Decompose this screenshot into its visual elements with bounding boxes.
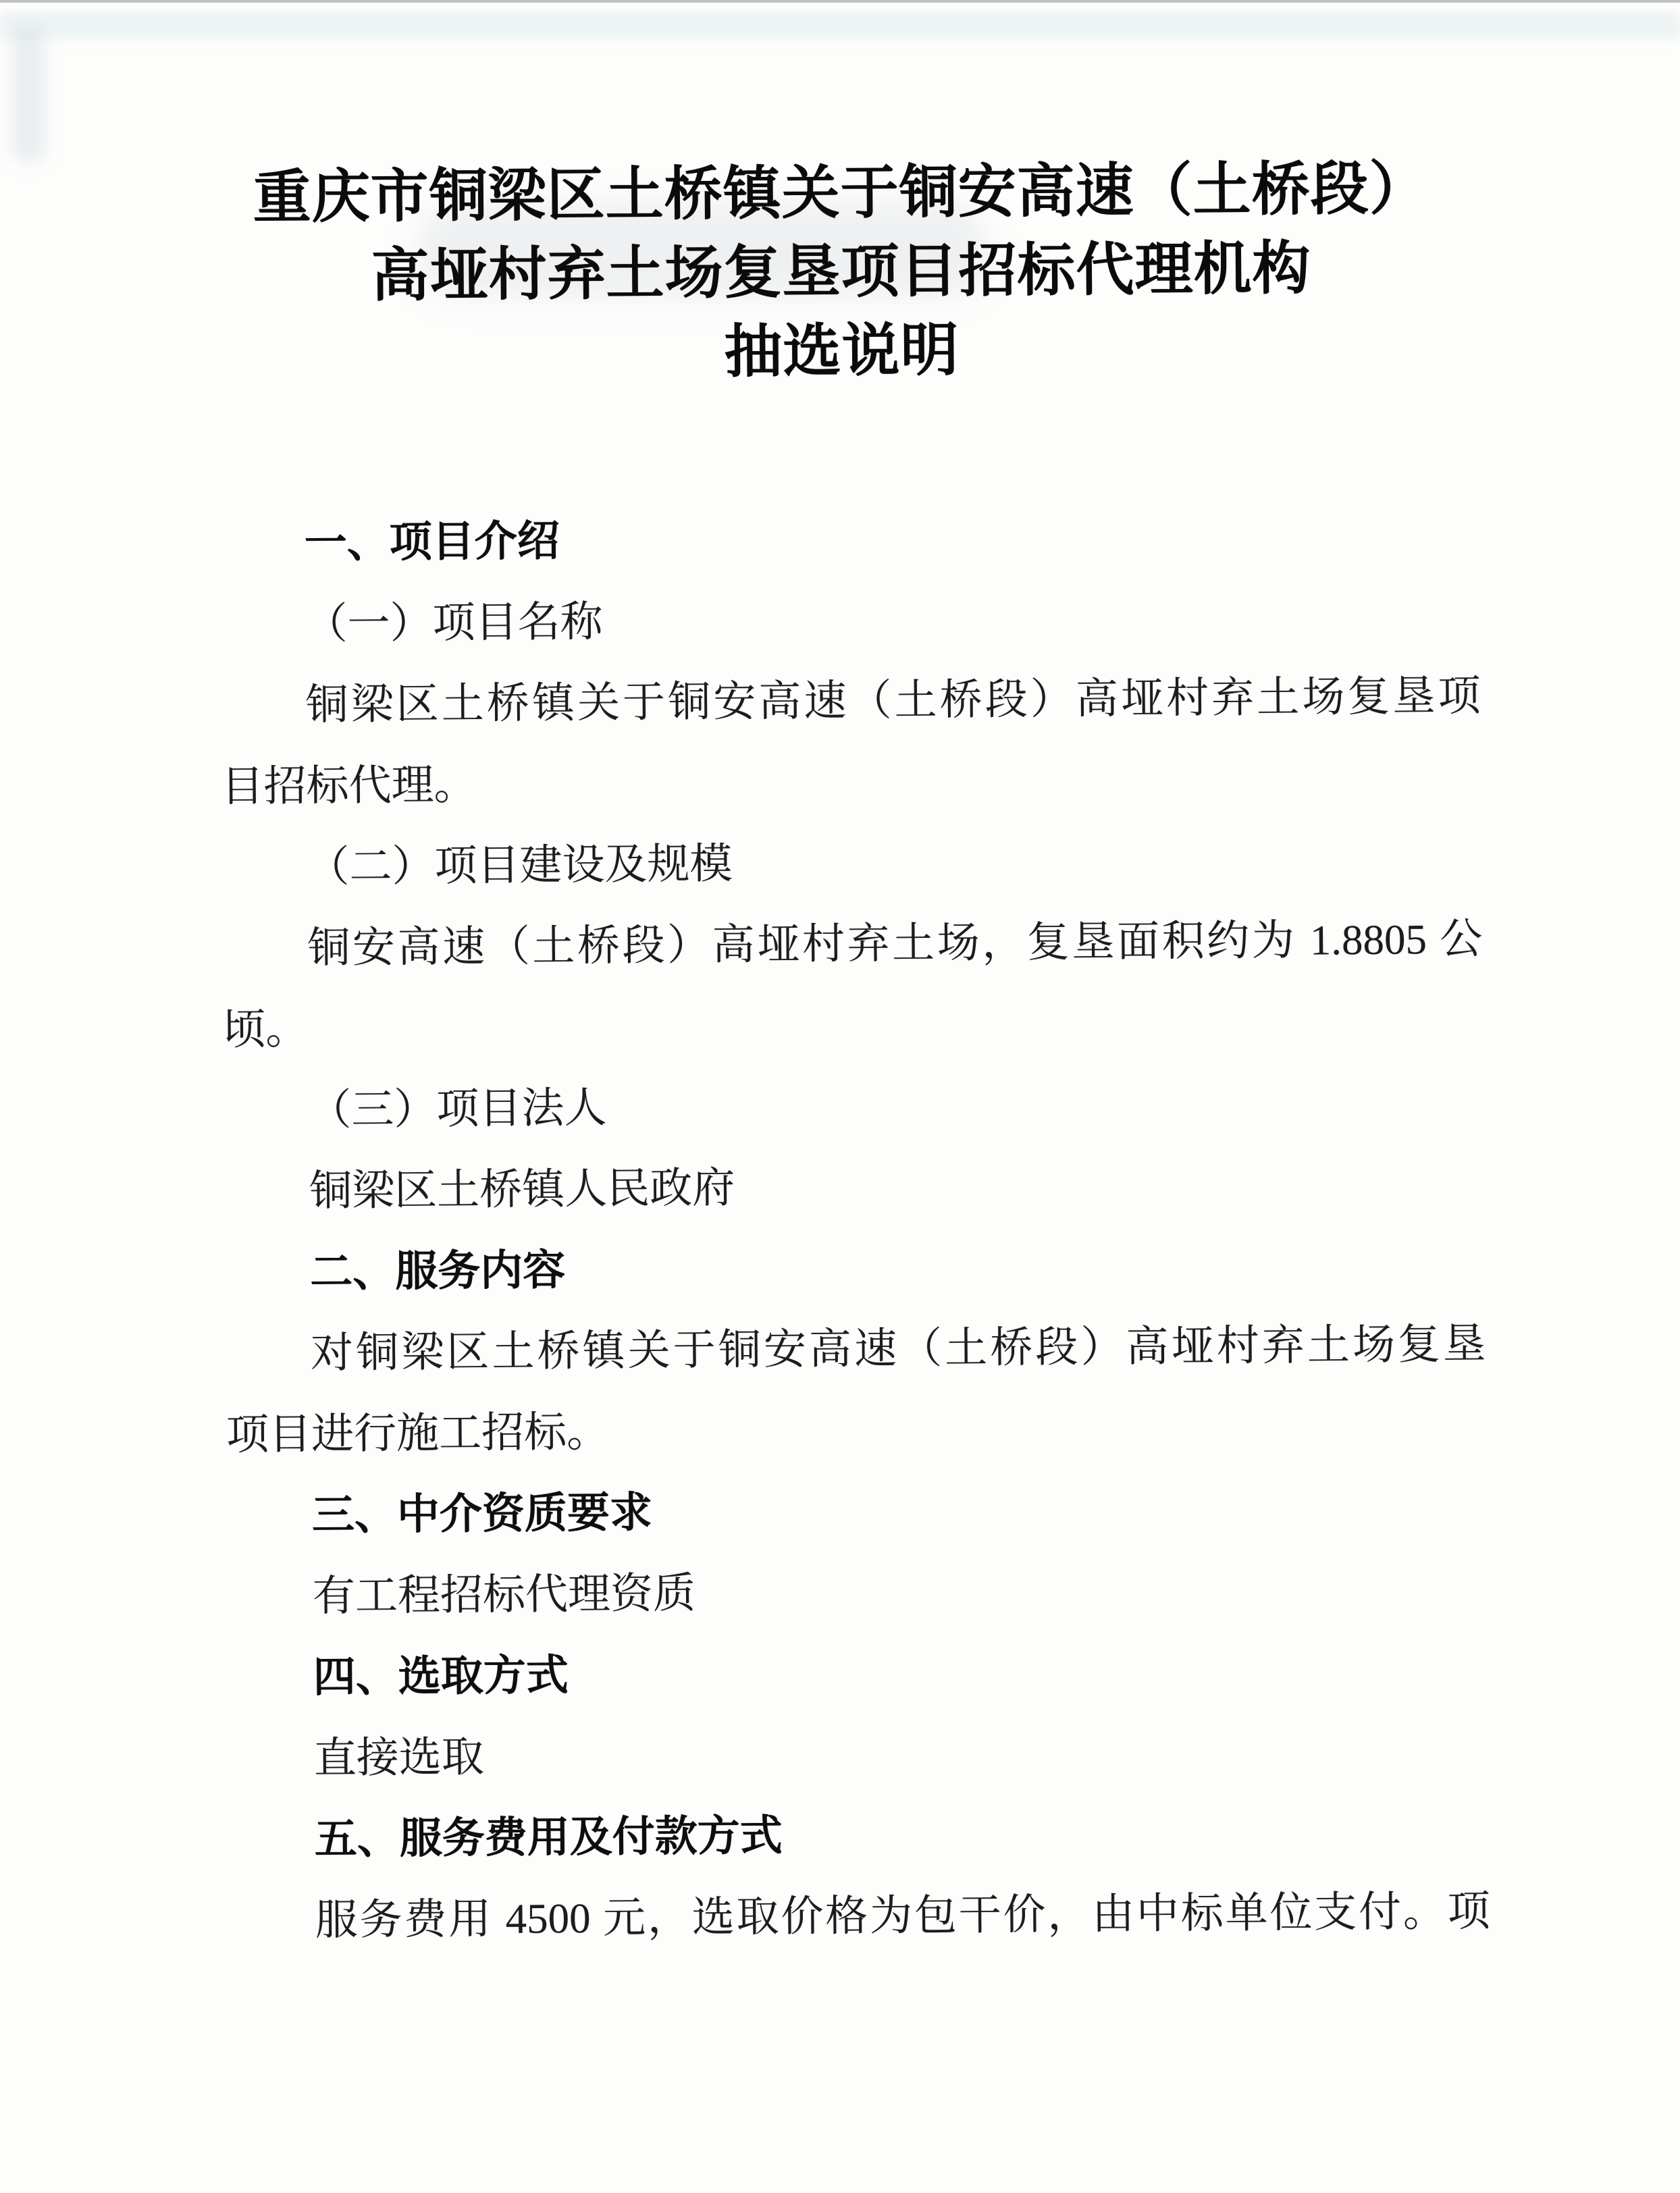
heading-service-content: 二、服务内容 <box>225 1223 1486 1314</box>
para-project-name-line-1: 铜梁区土桥镇关于铜安高速（土桥段）高垭村弃土场复垦项 <box>220 656 1481 747</box>
para-service-line-1: 对铜梁区土桥镇关于铜安高速（土桥段）高垭村弃土场复垦 <box>226 1304 1486 1395</box>
subheading-construction-scale: （二）项目建设及规模 <box>221 818 1482 909</box>
title-line-2: 高垭村弃土场复垦项目招标代理机构 <box>1 226 1680 319</box>
para-scale-line-1: 铜安高速（土桥段）高垭村弃土场，复垦面积约为 1.8805 公 <box>222 899 1483 990</box>
heading-project-intro: 一、项目介绍 <box>219 494 1479 585</box>
heading-agency-qualification: 三、中介资质要求 <box>227 1466 1488 1557</box>
para-service-line-2: 项目进行施工招标。 <box>226 1385 1487 1476</box>
para-project-name-line-2: 目招标代理。 <box>221 737 1481 828</box>
para-selection-method: 直接选取 <box>228 1709 1489 1800</box>
document-page: 重庆市铜梁区土桥镇关于铜安高速（土桥段） 高垭村弃土场复垦项目招标代理机构 抽选… <box>0 0 1680 2193</box>
para-agency-qualification: 有工程招标代理资质 <box>227 1547 1488 1638</box>
para-legal-person: 铜梁区土桥镇人民政府 <box>224 1142 1485 1233</box>
para-scale-line-2: 顷。 <box>223 980 1484 1071</box>
title-line-1: 重庆市铜梁区土桥镇关于铜安高速（土桥段） <box>0 147 1680 240</box>
para-fee-line-1: 服务费用 4500 元，选取价格为包干价，由中标单位支付。项 <box>230 1871 1490 1962</box>
heading-selection-method: 四、选取方式 <box>228 1628 1488 1719</box>
document-content: 重庆市铜梁区土桥镇关于铜安高速（土桥段） 高垭村弃土场复垦项目招标代理机构 抽选… <box>0 0 1680 398</box>
document-title: 重庆市铜梁区土桥镇关于铜安高速（土桥段） 高垭村弃土场复垦项目招标代理机构 抽选… <box>0 147 1680 398</box>
subheading-legal-person: （三）项目法人 <box>224 1061 1484 1152</box>
title-line-3: 抽选说明 <box>1 305 1680 398</box>
subheading-project-name: （一）项目名称 <box>219 575 1480 666</box>
heading-fee-and-payment: 五、服务费用及付款方式 <box>229 1790 1490 1881</box>
document-body: 一、项目介绍 （一）项目名称 铜梁区土桥镇关于铜安高速（土桥段）高垭村弃土场复垦… <box>219 494 1490 1962</box>
